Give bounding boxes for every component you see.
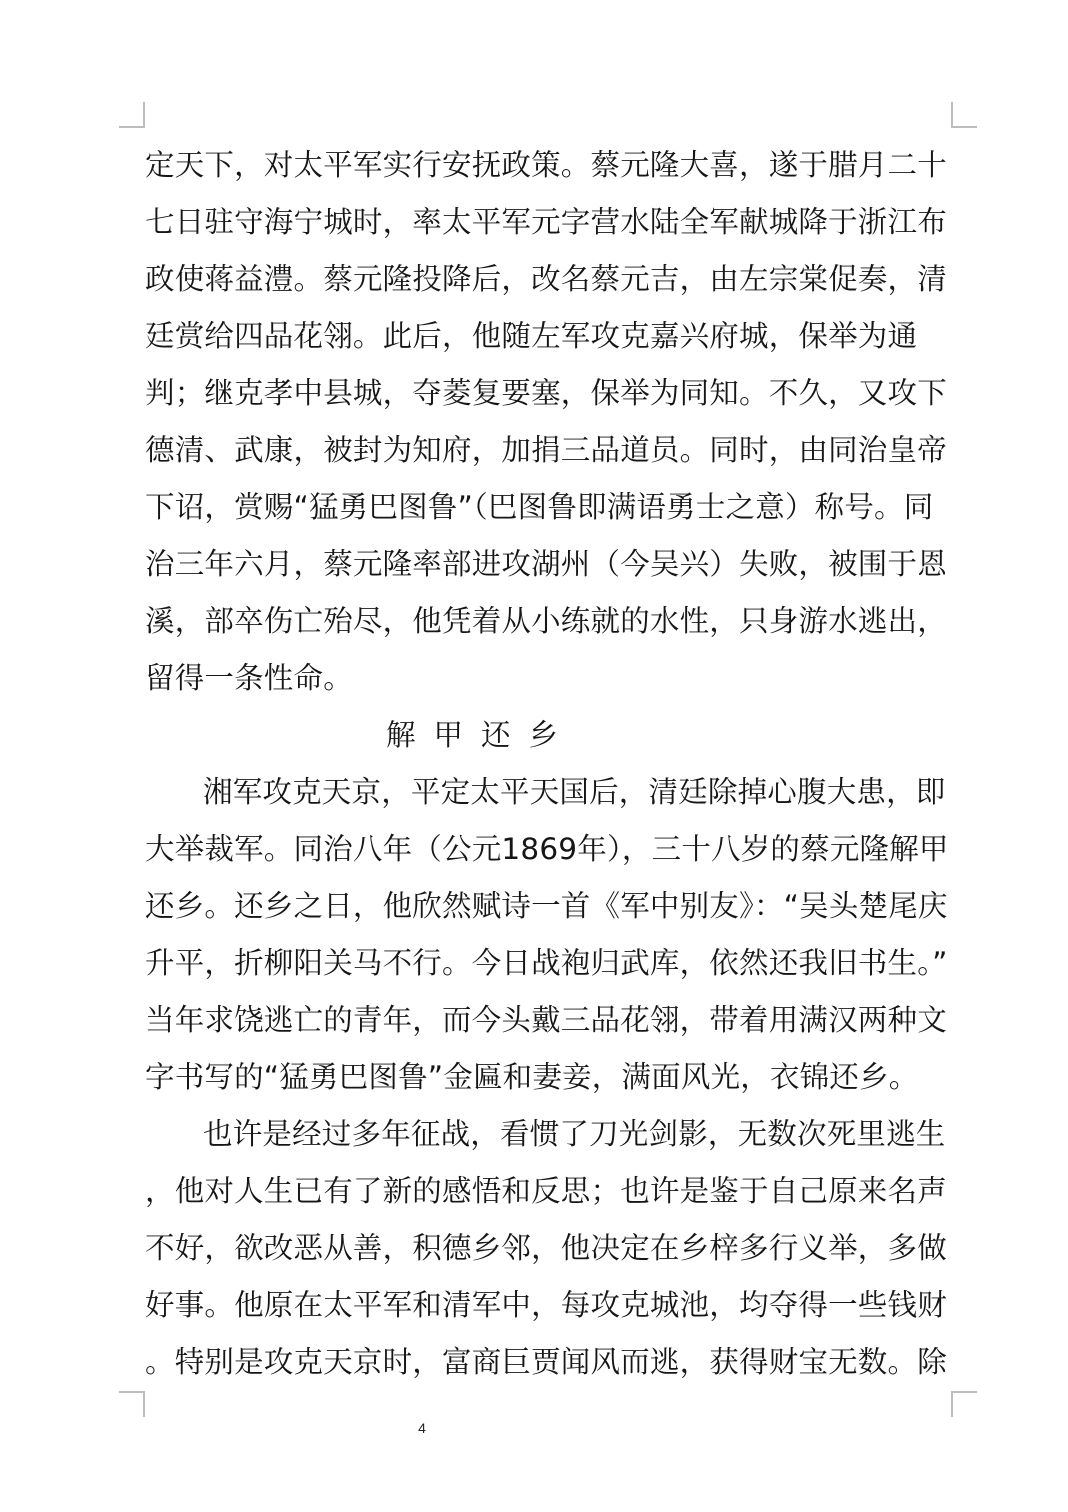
- text-line: 好事。他原在太平军和清军中，每攻克城池，均夺得一些钱财: [145, 1277, 955, 1334]
- text-line: 政使蒋益澧。蔡元隆投降后，改名蔡元吉，由左宗棠促奏，清: [145, 251, 955, 308]
- text-line: 溪，部卒伤亡殆尽，他凭着从小练就的水性，只身游水逃出，: [145, 593, 955, 650]
- text-line: 大举裁军。同治八年（公元1869年），三十八岁的蔡元隆解甲: [145, 821, 955, 878]
- text-line: 当年求饶逃亡的青年，而今头戴三品花翎，带着用满汉两种文: [145, 992, 955, 1049]
- page-number: 4: [412, 1420, 432, 1436]
- text-line: 湘军攻克天京，平定太平天国后，清廷除掉心腹大患，即: [145, 764, 955, 821]
- section-heading: 解甲还乡: [145, 707, 801, 764]
- text-line: 还乡。还乡之日，他欣然赋诗一首《军中别友》：“吴头楚尾庆: [145, 878, 955, 935]
- text-line: 治三年六月，蔡元隆率部进攻湖州（今吴兴）失败，被围于恩: [145, 536, 955, 593]
- text-line: 留得一条性命。: [145, 650, 955, 707]
- text-line: 德清、武康，被封为知府，加捐三品道员。同时，由同治皇帝: [145, 422, 955, 479]
- margin-corner-mark-bottom-left: [119, 1391, 145, 1417]
- text-line: 不好，欲改恶从善，积德乡邻，他决定在乡梓多行义举，多做: [145, 1220, 955, 1277]
- text-line: 升平，折柳阳关马不行。今日战袍归武库，依然还我旧书生。”: [145, 935, 955, 992]
- text-line: 廷赏给四品花翎。此后，他随左军攻克嘉兴府城，保举为通: [145, 308, 955, 365]
- text-line: ，他对人生已有了新的感悟和反思；也许是鉴于自己原来名声: [145, 1163, 955, 1220]
- text-line: 七日驻守海宁城时，率太平军元字营水陆全军献城降于浙江布: [145, 194, 955, 251]
- text-line: 下诏，赏赐“猛勇巴图鲁”（巴图鲁即满语勇士之意）称号。同: [145, 479, 955, 536]
- document-body: 定天下，对太平军实行安抚政策。蔡元隆大喜，遂于腊月二十 七日驻守海宁城时，率太平…: [145, 137, 955, 1391]
- text-line: 也许是经过多年征战，看惯了刀光剑影，无数次死里逃生: [145, 1106, 955, 1163]
- text-line: 定天下，对太平军实行安抚政策。蔡元隆大喜，遂于腊月二十: [145, 137, 955, 194]
- text-line: 判；继克孝中县城，夺菱复要塞，保举为同知。不久，又攻下: [145, 365, 955, 422]
- margin-corner-mark-bottom-right: [951, 1391, 977, 1417]
- margin-corner-mark-top-right: [951, 102, 977, 128]
- paragraph-2: 湘军攻克天京，平定太平天国后，清廷除掉心腹大患，即 大举裁军。同治八年（公元18…: [145, 764, 955, 1106]
- margin-corner-mark-top-left: [119, 102, 145, 128]
- paragraph-1: 定天下，对太平军实行安抚政策。蔡元隆大喜，遂于腊月二十 七日驻守海宁城时，率太平…: [145, 137, 955, 707]
- text-line: 字书写的“猛勇巴图鲁”金匾和妻妾，满面风光，衣锦还乡。: [145, 1049, 955, 1106]
- document-page: 定天下，对太平军实行安抚政策。蔡元隆大喜，遂于腊月二十 七日驻守海宁城时，率太平…: [0, 0, 1068, 1512]
- paragraph-3: 也许是经过多年征战，看惯了刀光剑影，无数次死里逃生 ，他对人生已有了新的感悟和反…: [145, 1106, 955, 1391]
- text-line: 。特别是攻克天京时，富商巨贾闻风而逃，获得财宝无数。除: [145, 1334, 955, 1391]
